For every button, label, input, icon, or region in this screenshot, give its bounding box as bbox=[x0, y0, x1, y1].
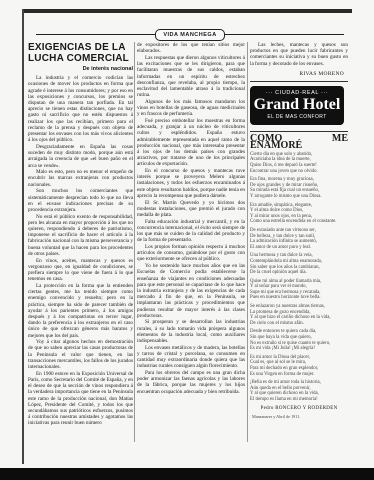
top-border bbox=[22, 9, 352, 13]
verse-line: Pues en nuestro horizonte tuve bella. bbox=[250, 295, 348, 301]
poem-stanza: De extasiado ante tan virtuoso ser, De b… bbox=[250, 228, 348, 250]
paragraph: Son muchos los comerciantes que sistemát… bbox=[28, 188, 133, 213]
poem-title: COMO ME ENAMORÉ bbox=[250, 136, 348, 148]
divider bbox=[250, 131, 348, 132]
column-divider bbox=[134, 42, 135, 442]
paragraph: En 1900 estuve en la Exposición Universa… bbox=[28, 371, 133, 427]
paragraph: La protección en la forma que la entiend… bbox=[28, 283, 133, 339]
verse-line: De la cruel opinión aquel día. bbox=[250, 270, 348, 276]
poem-stanza: Una hermosa y tan dulce la veía, Contemp… bbox=[250, 253, 348, 275]
verse-line: Como una estrella encendida en el consta… bbox=[250, 219, 348, 225]
divider bbox=[250, 81, 348, 82]
article-headline: EXIGENCIAS DE LA LUCHA COMERCIAL bbox=[28, 42, 133, 64]
article-author: RIVAS MORENO bbox=[250, 71, 344, 77]
verse-line: De cielo con el mismo afán. bbox=[250, 321, 348, 327]
article-subhead: De interés nacional bbox=[28, 66, 133, 72]
article-column-3: Las leches, mantecas y quesos son produc… bbox=[250, 42, 348, 420]
page-edge bbox=[22, 9, 24, 464]
verse-line: Y arrogante lo mismo que una Diosa. bbox=[250, 194, 348, 200]
paragraph: Las respuestas que dieron algunos viticu… bbox=[137, 55, 245, 98]
paragraph: Las leches, mantecas y quesos son produc… bbox=[250, 42, 348, 67]
poem-stanza: Se enlazaron ya nuestras almas tiernas, … bbox=[250, 304, 348, 326]
verse-line: El tiempo es llama en mi memoria! bbox=[250, 397, 348, 403]
paragraph: Para los obreros del campo es una gran d… bbox=[137, 370, 245, 395]
paragraph: Malo es esto, pero no es menor el empeño… bbox=[28, 169, 133, 188]
paragraph: En el concurso de quesos y mantecas tuve… bbox=[137, 168, 245, 199]
paragraph: El Sr. Martín Quevedo y yo hicimos dos m… bbox=[137, 200, 245, 219]
poem-dateline: Manzanares y Abril de 1911. bbox=[252, 414, 348, 420]
paragraph: La industria y el comercio codician las … bbox=[28, 75, 133, 143]
grand-hotel-advertisement: ··· CIUDAD-REAL ··· Grand Hotel EL DE MA… bbox=[250, 86, 344, 125]
paragraph: Los envases metálicos y de madera, las b… bbox=[137, 345, 245, 370]
verse-line: El amor de un amor puro y leal. bbox=[250, 245, 348, 251]
paragraph: Si prosperan y se desarrollan las indust… bbox=[137, 319, 245, 344]
verse-line: Es mi vida ¡Mi Julia! ¡Mi alegría! bbox=[250, 346, 348, 352]
poem-stanza: Desde entonces te quiero cada día, Sin q… bbox=[250, 329, 348, 351]
paragraph: de expositores de los que tenían sitios … bbox=[137, 42, 245, 54]
paragraph: En vinos, aceites, mantecas y quesos es … bbox=[28, 258, 133, 283]
paragraph: Fué preciso embotellar los muestras en f… bbox=[137, 118, 245, 168]
poem-stanza: ¡Bella es de mi amor toda la historia, A… bbox=[250, 380, 348, 402]
article-column-2: de expositores de los que tenían sitios … bbox=[137, 42, 245, 395]
paragraph: Los propios forman opinión respecto á mu… bbox=[137, 244, 245, 263]
poem-author: Pedro RONCERO Y RODERDEN bbox=[250, 406, 348, 412]
paragraph: No está el público exento de responsabil… bbox=[28, 214, 133, 257]
column-divider bbox=[247, 42, 248, 442]
paragraph: Yo he sostenido hace muchos años que en … bbox=[137, 263, 245, 319]
poem-stanza: Era fina, morena y muy graciosa, De ojos… bbox=[250, 177, 348, 199]
poem-stanza: Es mi amor la Diosa del placer, Cual es,… bbox=[250, 355, 348, 377]
verse-line: Es una Virgen en forma de mujer. bbox=[250, 372, 348, 378]
section-label: VIDA MANCHEGA bbox=[155, 29, 225, 41]
poem-stanza: Quise mi alma al poder llamarla mía, Y a… bbox=[250, 279, 348, 301]
verse-line: Encontrar una joven que no olvido. bbox=[250, 169, 348, 175]
bottom-border bbox=[0, 468, 374, 480]
paragraph: Algunos de los más famosos mandaron los … bbox=[137, 99, 245, 118]
paragraph: Falta educación industrial y mercantil, … bbox=[137, 219, 245, 244]
paragraph: Desgraciadamente en España las cosas suc… bbox=[28, 144, 133, 169]
paragraph: Voy á citar algunos hechos en demostraci… bbox=[28, 339, 133, 370]
poem-stanza: Era amable, simpática, elegante, Y el al… bbox=[250, 203, 348, 225]
poem-stanza: Cierto día en que solo y abatido, Acaric… bbox=[250, 152, 348, 174]
ad-hotel-name: Grand Hotel bbox=[250, 96, 344, 114]
article-column-1: EXIGENCIAS DE LA LUCHA COMERCIAL De inte… bbox=[28, 42, 133, 427]
ad-slogan: EL DE MAS CONFORT bbox=[250, 114, 344, 120]
